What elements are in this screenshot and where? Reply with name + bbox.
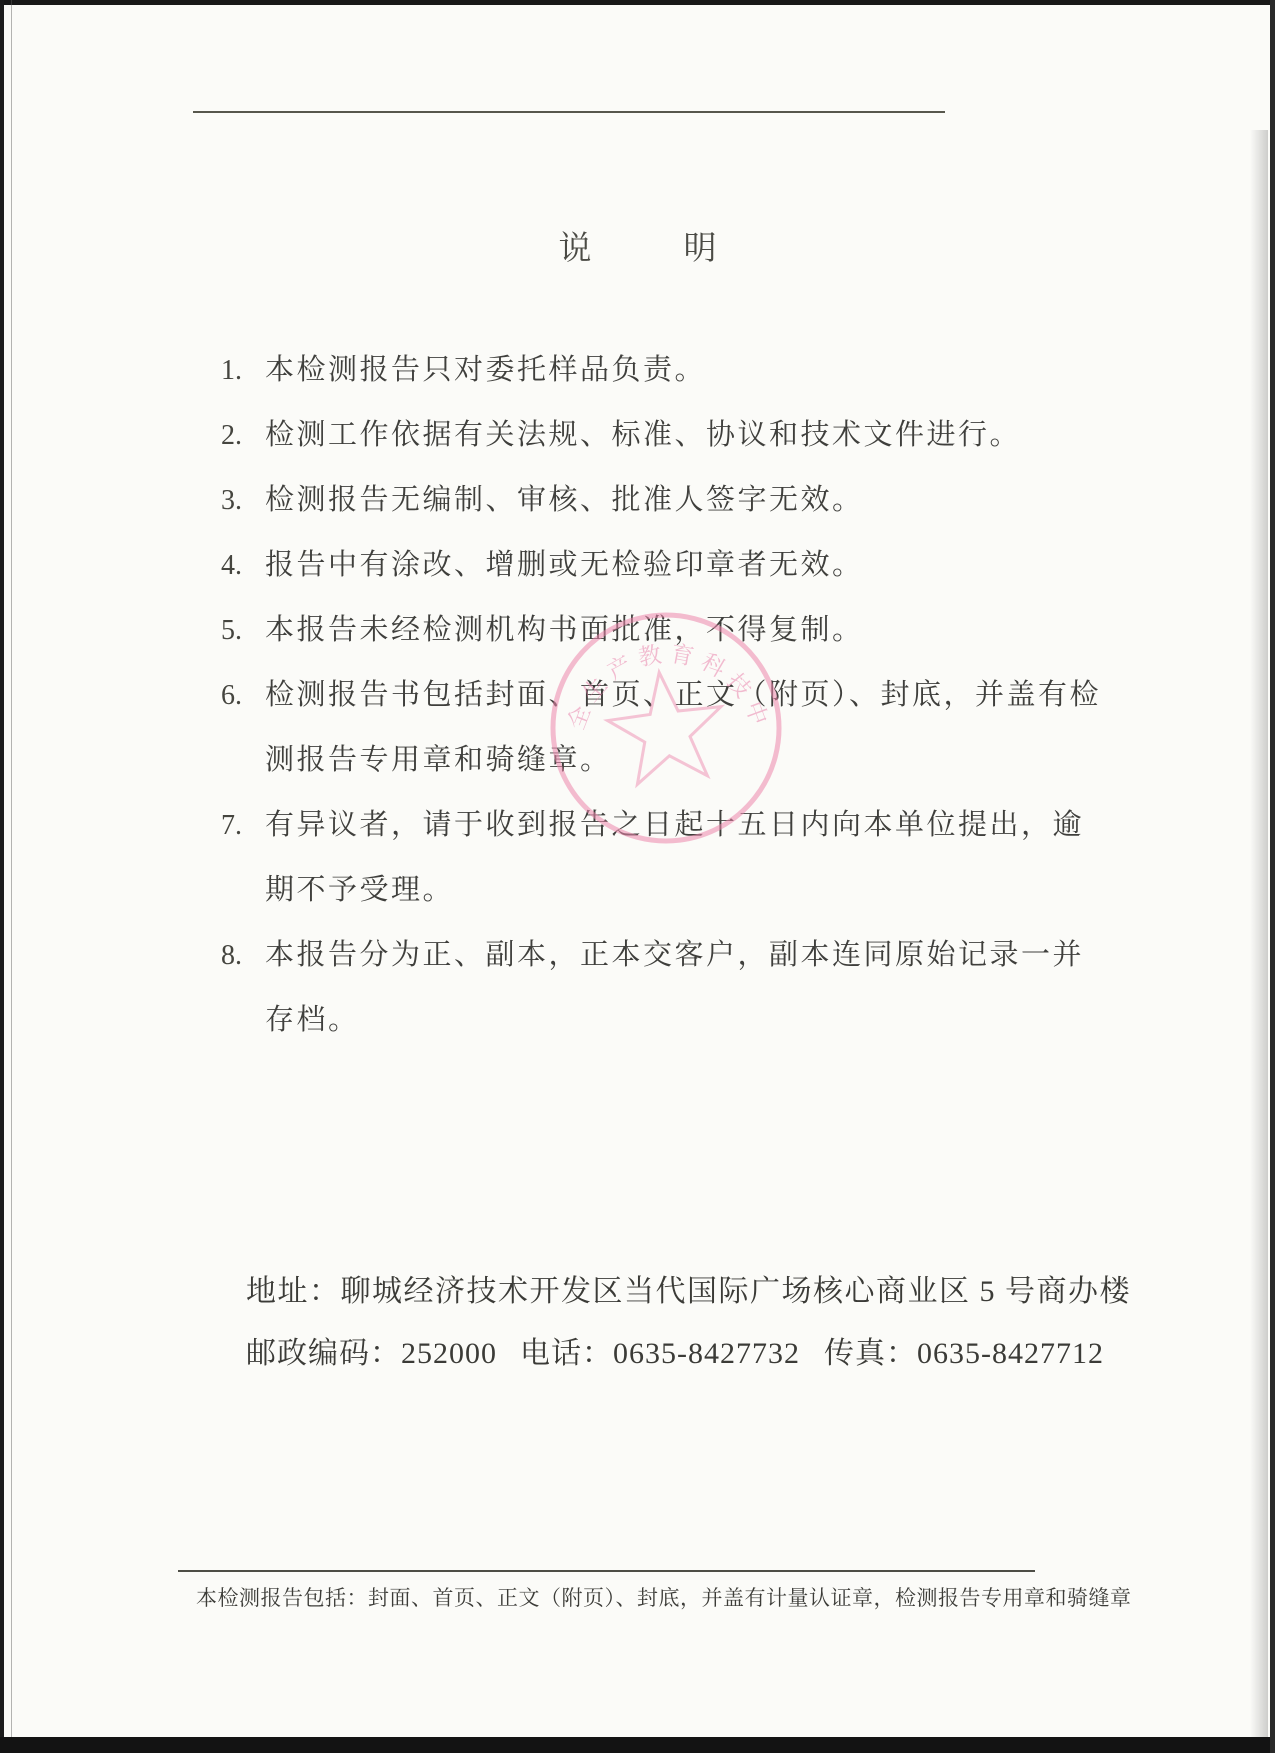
note-number: 7. xyxy=(221,793,265,858)
note-text: 本报告分为正、副本，正本交客户，副本连同原始记录一并 xyxy=(265,923,1084,988)
note-text: 本报告未经检测机构书面批准，不得复制。 xyxy=(265,598,864,663)
note-number: 8. xyxy=(221,923,265,988)
title-char-2: 明 xyxy=(684,222,717,269)
scan-right-shadow xyxy=(1250,130,1268,1737)
page-title: 说 明 xyxy=(0,222,1275,269)
note-item-7: 7. 有异议者，请于收到报告之日起十五日内向本单位提出，逾 期不予受理。 xyxy=(221,793,1084,923)
fax-number: 传真：0635-8427712 xyxy=(824,1328,1104,1372)
address-line: 地址：聊城经济技术开发区当代国际广场核心商业区 5 号商办楼 xyxy=(246,1266,1131,1310)
note-text: 检测报告书包括封面、首页、正文（附页）、封底，并盖有检 xyxy=(265,663,1101,728)
scan-edge-top xyxy=(0,0,1275,5)
note-text: 检测报告无编制、审核、批准人签字无效。 xyxy=(265,468,864,533)
note-text: 存档。 xyxy=(265,988,1084,1053)
note-item-8: 8. 本报告分为正、副本，正本交客户，副本连同原始记录一并 存档。 xyxy=(221,923,1084,1053)
note-text: 有异议者，请于收到报告之日起十五日内向本单位提出，逾 xyxy=(265,793,1084,858)
note-number: 6. xyxy=(221,663,265,728)
note-item-2: 2. 检测工作依据有关法规、标准、协议和技术文件进行。 xyxy=(221,403,1021,468)
note-number: 2. xyxy=(221,403,265,468)
postal-code: 邮政编码：252000 xyxy=(246,1328,497,1372)
scanned-report-notes-page: 说 明 1. 本检测报告只对委托样品负责。 2. 检测工作依据有关法规、标准、协… xyxy=(0,0,1275,1753)
note-item-1: 1. 本检测报告只对委托样品负责。 xyxy=(221,338,706,403)
note-item-5: 5. 本报告未经检测机构书面批准，不得复制。 xyxy=(221,598,864,663)
note-number: 3. xyxy=(221,468,265,533)
note-text: 期不予受理。 xyxy=(265,858,1084,923)
scan-edge-bottom xyxy=(0,1737,1275,1753)
phone-number: 电话：0635-8427732 xyxy=(520,1328,800,1372)
note-number: 4. xyxy=(221,533,265,598)
footer-horizontal-rule xyxy=(178,1570,1035,1572)
note-item-3: 3. 检测报告无编制、审核、批准人签字无效。 xyxy=(221,468,864,533)
note-text: 测报告专用章和骑缝章。 xyxy=(265,728,1101,793)
note-number: 1. xyxy=(221,338,265,403)
note-item-4: 4. 报告中有涂改、增删或无检验印章者无效。 xyxy=(221,533,864,598)
note-text: 检测工作依据有关法规、标准、协议和技术文件进行。 xyxy=(265,403,1021,468)
top-horizontal-rule xyxy=(193,111,945,113)
note-text: 报告中有涂改、增删或无检验印章者无效。 xyxy=(265,533,864,598)
title-char-1: 说 xyxy=(559,222,592,269)
note-text: 本检测报告只对委托样品负责。 xyxy=(265,338,706,403)
footer-note: 本检测报告包括：封面、首页、正文（附页）、封底，并盖有计量认证章，检测报告专用章… xyxy=(196,1582,1132,1612)
note-item-6: 6. 检测报告书包括封面、首页、正文（附页）、封底，并盖有检 测报告专用章和骑缝… xyxy=(221,663,1101,793)
note-number: 5. xyxy=(221,598,265,663)
